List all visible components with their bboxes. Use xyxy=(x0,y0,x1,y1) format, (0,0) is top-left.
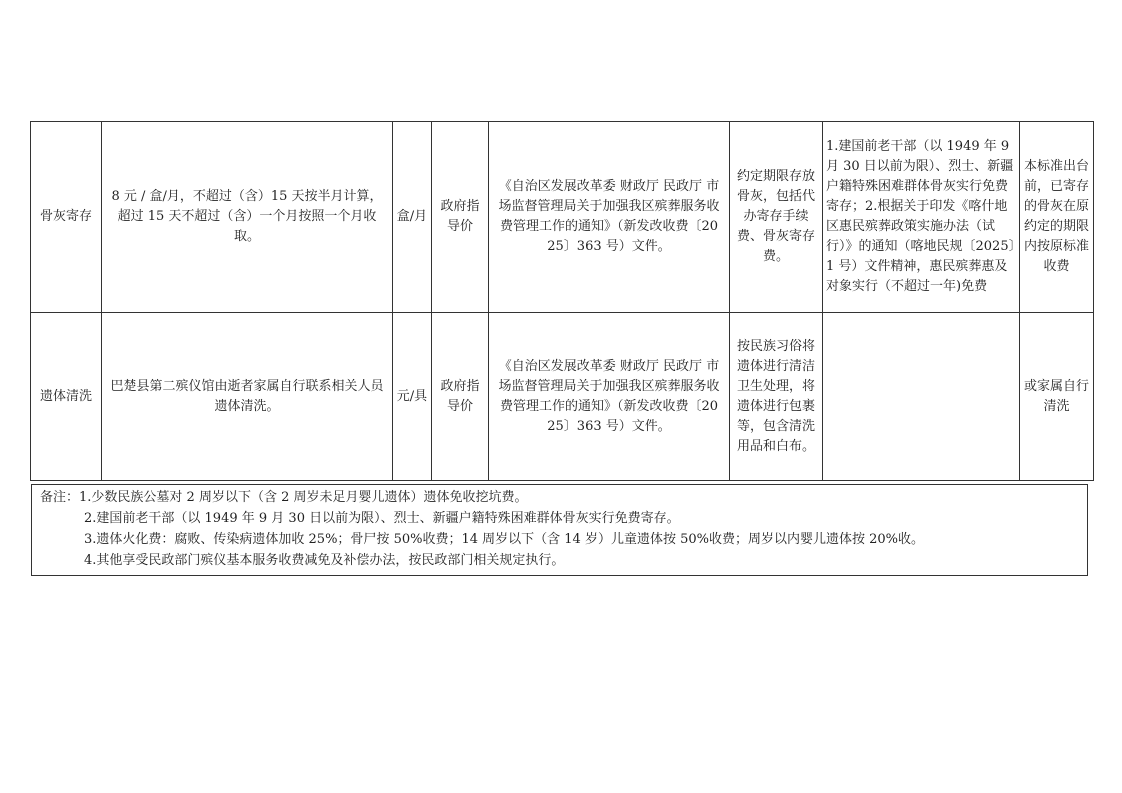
note-line-4: 4.其他享受民政部门殡仪基本服务收费减免及补偿办法，按民政部门相关规定执行。 xyxy=(40,550,1087,571)
note-line-3: 3.遗体火化费：腐败、传染病遗体加收 25%；骨尸按 50%收费；14 周岁以下… xyxy=(40,529,1087,550)
unit-cell: 元/具 xyxy=(393,313,432,481)
basis-cell: 《自治区发展改革委 财政厅 民政厅 市场监督管理局关于加强我区殡葬服务收费管理工… xyxy=(489,122,730,313)
reduction-policy-cell: 1.建国前老干部（以 1949 年 9 月 30 日以前为限）、烈士、新疆户籍特… xyxy=(823,122,1020,313)
basis-text: 《自治区发展改革委 财政厅 民政厅 市场监督管理局关于加强我区殡葬服务收费管理工… xyxy=(492,177,726,257)
unit-cell: 盒/月 xyxy=(393,122,432,313)
basis-text: 《自治区发展改革委 财政厅 民政厅 市场监督管理局关于加强我区殡葬服务收费管理工… xyxy=(492,357,726,437)
notes-box: 备注：1.少数民族公墓对 2 周岁以下（含 2 周岁未足月婴儿遗体）遗体免收挖坑… xyxy=(31,484,1088,576)
fee-standard-table: 骨灰寄存 8 元 / 盒/月，不超过（含）15 天按半月计算，超过 15 天不超… xyxy=(30,121,1094,481)
reduction-policy-cell xyxy=(823,313,1020,481)
table-row-body-cleaning: 遗体清洗 巴楚县第二殡仪馆由逝者家属自行联系相关人员遗体清洗。 元/具 政府指导… xyxy=(31,313,1094,481)
item-name-cell: 骨灰寄存 xyxy=(31,122,102,313)
note-text: 1.少数民族公墓对 2 周岁以下（含 2 周岁未足月婴儿遗体）遗体免收挖坑费。 xyxy=(79,490,527,505)
basis-cell: 《自治区发展改革委 财政厅 民政厅 市场监督管理局关于加强我区殡葬服务收费管理工… xyxy=(489,313,730,481)
note-line-2: 2.建国前老干部（以 1949 年 9 月 30 日以前为限）、烈士、新疆户籍特… xyxy=(40,508,1087,529)
remark-cell: 或家属自行清洗 xyxy=(1020,313,1094,481)
notes-label: 备注： xyxy=(40,490,79,505)
item-name-cell: 遗体清洗 xyxy=(31,313,102,481)
table-row-ash-storage: 骨灰寄存 8 元 / 盒/月，不超过（含）15 天按半月计算，超过 15 天不超… xyxy=(31,122,1094,313)
fee-content-cell: 巴楚县第二殡仪馆由逝者家属自行联系相关人员遗体清洗。 xyxy=(102,313,393,481)
remark-cell: 本标准出台前，已寄存的骨灰在原约定的期限内按原标准收费 xyxy=(1020,122,1094,313)
price-type-cell: 政府指导价 xyxy=(432,122,489,313)
price-type-cell: 政府指导价 xyxy=(432,313,489,481)
service-content-cell: 约定期限存放骨灰，包括代办寄存手续费、骨灰寄存费。 xyxy=(730,122,823,313)
note-line-1: 备注：1.少数民族公墓对 2 周岁以下（含 2 周岁未足月婴儿遗体）遗体免收挖坑… xyxy=(40,487,1087,508)
service-content-cell: 按民族习俗将遗体进行清洁卫生处理，将遗体进行包裹等，包含清洗用品和白布。 xyxy=(730,313,823,481)
fee-content-cell: 8 元 / 盒/月，不超过（含）15 天按半月计算，超过 15 天不超过（含）一… xyxy=(102,122,393,313)
